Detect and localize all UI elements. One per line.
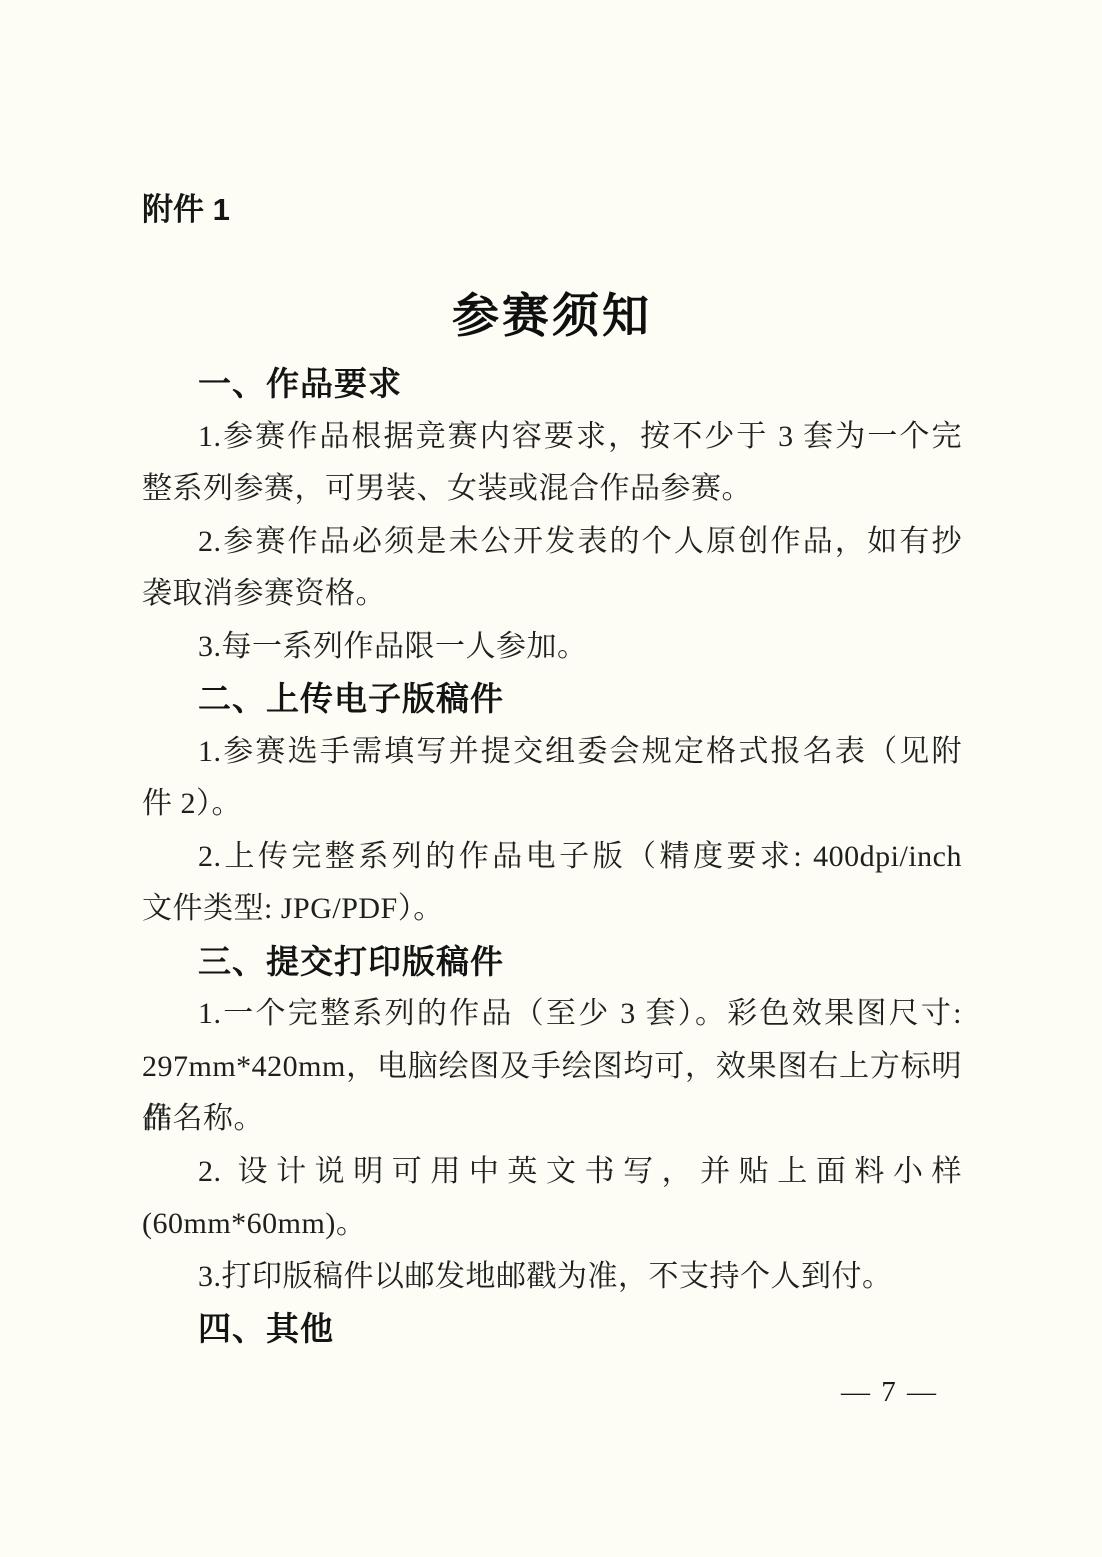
body-line: 2.参赛作品必须是未公开发表的个人原创作品，如有抄 [142, 516, 962, 569]
body-line: (60mm*60mm)。 [142, 1198, 962, 1251]
body-line: 297mm*420mm，电脑绘图及手绘图均可，效果图右上方标明作 [142, 1041, 962, 1094]
page-number: — 7 — [142, 1372, 962, 1412]
body-line: 品名称。 [142, 1093, 962, 1146]
body-line: 3.每一系列作品限一人参加。 [142, 621, 962, 674]
body-line: 2. 设计说明可用中英文书写，并贴上面料小样 [142, 1146, 962, 1199]
document-title: 参赛须知 [142, 292, 962, 342]
body-line: 1.一个完整系列的作品（至少 3 套）。彩色效果图尺寸: [142, 988, 962, 1041]
body-line: 1.参赛作品根据竞赛内容要求，按不少于 3 套为一个完 [142, 411, 962, 464]
body-line: 1.参赛选手需填写并提交组委会规定格式报名表（见附 [142, 726, 962, 779]
body-line: 袭取消参赛资格。 [142, 568, 962, 621]
section-heading-3: 三、提交打印版稿件 [142, 936, 962, 989]
document-content: 附件 1 参赛须知 一、作品要求 1.参赛作品根据竞赛内容要求，按不少于 3 套… [142, 0, 962, 1412]
attachment-label: 附件 1 [142, 192, 962, 228]
body-line: 文件类型: JPG/PDF）。 [142, 883, 962, 936]
section-heading-1: 一、作品要求 [142, 358, 962, 411]
section-heading-4: 四、其他 [142, 1303, 962, 1356]
document-body: 一、作品要求 1.参赛作品根据竞赛内容要求，按不少于 3 套为一个完 整系列参赛… [142, 358, 962, 1356]
body-line: 2.上传完整系列的作品电子版（精度要求: 400dpi/inch [142, 831, 962, 884]
document-page: 附件 1 参赛须知 一、作品要求 1.参赛作品根据竞赛内容要求，按不少于 3 套… [0, 0, 1102, 1557]
body-line: 3.打印版稿件以邮发地邮戳为准，不支持个人到付。 [142, 1251, 962, 1304]
body-line: 件 2）。 [142, 778, 962, 831]
section-heading-2: 二、上传电子版稿件 [142, 673, 962, 726]
body-line: 整系列参赛，可男装、女装或混合作品参赛。 [142, 463, 962, 516]
